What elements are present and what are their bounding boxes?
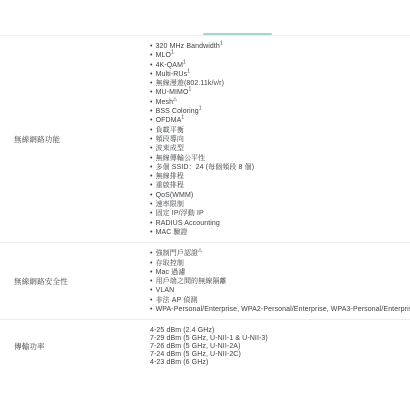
spec-item: 4-25 dBm (2.4 GHz) xyxy=(150,327,410,335)
bullet-dot-icon: • xyxy=(150,296,153,305)
spec-row-label: 無線網路功能 xyxy=(0,42,150,237)
bullet-dot-icon: • xyxy=(150,200,153,209)
spec-item-text: VLAN xyxy=(156,287,175,294)
spec-item: •固定 IP/浮動 IP xyxy=(150,209,410,218)
spec-row: 無線網路安全性•強制門戶認證△•存取控制•Mac 過濾•用戶端之間的無線隔離•V… xyxy=(0,242,410,319)
spec-item: 7-29 dBm (5 GHz, U-NII-1 & U-NII-3) xyxy=(150,335,410,343)
spec-item-text: 存取控制 xyxy=(156,260,184,267)
bullet-dot-icon: • xyxy=(150,135,153,144)
spec-item: •Multi-RUs1 xyxy=(150,70,410,79)
footnote-marker: 1 xyxy=(171,50,174,56)
bullet-dot-icon: • xyxy=(150,116,153,125)
spec-item: •強制門戶認證△ xyxy=(150,249,410,258)
bullet-dot-icon: • xyxy=(150,268,153,277)
footnote-marker: 1 xyxy=(183,59,186,65)
bullet-dot-icon: • xyxy=(150,126,153,135)
bullet-dot-icon: • xyxy=(150,61,153,70)
spec-item-text: 多個 SSID：24 (每個頻段 8 個) xyxy=(156,164,255,171)
bullet-dot-icon: • xyxy=(150,154,153,163)
spec-item: •320 MHz Bandwidth1 xyxy=(150,42,410,51)
bullet-dot-icon: • xyxy=(150,277,153,286)
spec-item: •用戶端之間的無線隔離 xyxy=(150,277,410,286)
bullet-dot-icon: • xyxy=(150,305,153,314)
bullet-dot-icon: • xyxy=(150,88,153,97)
bullet-dot-icon: • xyxy=(150,172,153,181)
bullet-dot-icon: • xyxy=(150,107,153,116)
spec-item-text: Mac 過濾 xyxy=(156,269,186,276)
bullet-dot-icon: • xyxy=(150,219,153,228)
spec-row-label: 傳輸功率 xyxy=(0,327,150,366)
bullet-dot-icon: • xyxy=(150,98,153,107)
spec-item: •波束成型 xyxy=(150,144,410,153)
spec-item-text: 重啟排程 xyxy=(156,182,184,189)
footnote-marker: 1 xyxy=(220,41,223,47)
spec-page: 無線網路功能•320 MHz Bandwidth1•MLO1•4K-QAM1•M… xyxy=(0,0,410,410)
spec-item-text: 320 MHz Bandwidth xyxy=(156,43,220,50)
spec-row-label: 無線網路安全性 xyxy=(0,249,150,314)
spec-item: •MAC 驗證 xyxy=(150,228,410,237)
spec-item-text: 頻段導向 xyxy=(156,136,184,143)
footnote-marker: △ xyxy=(198,248,202,254)
spec-item-text: 速率限制 xyxy=(156,201,184,208)
spec-row-values: 4-25 dBm (2.4 GHz)7-29 dBm (5 GHz, U-NII… xyxy=(150,327,410,366)
spec-item: •非法 AP 偵測 xyxy=(150,296,410,305)
spec-item: •QoS(WMM) xyxy=(150,191,410,200)
spec-item-text: 用戶端之間的無線隔離 xyxy=(156,278,227,285)
spec-item-text: Multi-RUs xyxy=(156,71,188,78)
spec-item: •WPA-Personal/Enterprise, WPA2-Personal/… xyxy=(150,305,410,314)
spec-item-text: OFDMA xyxy=(156,117,182,124)
spec-item: •MU-MIMO1 xyxy=(150,88,410,97)
spec-item-text: 強制門戶認證 xyxy=(156,250,199,257)
spec-item-text: 4K-QAM xyxy=(156,62,183,69)
spec-item: •無線排程 xyxy=(150,172,410,181)
spec-item-text: BSS Coloring xyxy=(156,108,199,115)
spec-item-text: RADIUS Accounting xyxy=(156,220,220,227)
bullet-dot-icon: • xyxy=(150,209,153,218)
spec-item: •重啟排程 xyxy=(150,181,410,190)
spec-item-text: 負載平衡 xyxy=(156,127,184,134)
spec-item: 7-26 dBm (5 GHz, U-NII-2A) xyxy=(150,343,410,351)
footnote-marker: 1 xyxy=(187,69,190,75)
spec-item-text: Mesh xyxy=(156,99,174,106)
bullet-dot-icon: • xyxy=(150,51,153,60)
bullet-dot-icon: • xyxy=(150,163,153,172)
spec-item: •負載平衡 xyxy=(150,126,410,135)
bullet-dot-icon: • xyxy=(150,79,153,88)
spec-item: •存取控制 xyxy=(150,259,410,268)
spec-item-text: 無線漫遊(802.11k/v/r) xyxy=(156,80,224,87)
bullet-dot-icon: • xyxy=(150,42,153,51)
spec-item-text: 非法 AP 偵測 xyxy=(156,297,198,304)
spec-item: •MLO1 xyxy=(150,51,410,60)
spec-item-text: 4-23 dBm (6 GHz) xyxy=(150,359,208,366)
spec-row: 無線網路功能•320 MHz Bandwidth1•MLO1•4K-QAM1•M… xyxy=(0,35,410,242)
spec-item-text: WPA-Personal/Enterprise, WPA2-Personal/E… xyxy=(156,306,410,313)
spec-item: •VLAN xyxy=(150,286,410,295)
footnote-marker: 1 xyxy=(189,87,192,93)
bullet-dot-icon: • xyxy=(150,70,153,79)
spec-item: •RADIUS Accounting xyxy=(150,219,410,228)
spec-item-text: 固定 IP/浮動 IP xyxy=(156,210,204,217)
spec-item-text: 7-26 dBm (5 GHz, U-NII-2A) xyxy=(150,343,241,350)
spec-item: 7-24 dBm (5 GHz, U-NII-2C) xyxy=(150,351,410,359)
spec-item-text: 4-25 dBm (2.4 GHz) xyxy=(150,327,214,334)
footnote-marker: 1 xyxy=(181,115,184,121)
spec-item-text: 7-29 dBm (5 GHz, U-NII-1 & U-NII-3) xyxy=(150,335,268,342)
spec-item: •多個 SSID：24 (每個頻段 8 個) xyxy=(150,163,410,172)
bullet-dot-icon: • xyxy=(150,191,153,200)
spec-item-text: MLO xyxy=(156,52,171,59)
spec-item-text: 無線排程 xyxy=(156,173,184,180)
spec-item: •Mesh△ xyxy=(150,98,410,107)
bullet-dot-icon: • xyxy=(150,259,153,268)
spec-item: •OFDMA1 xyxy=(150,116,410,125)
spec-item: •無線傳輸公平性 xyxy=(150,154,410,163)
bullet-dot-icon: • xyxy=(150,228,153,237)
bullet-dot-icon: • xyxy=(150,286,153,295)
footnote-marker: △ xyxy=(173,96,177,102)
spec-item-text: 7-24 dBm (5 GHz, U-NII-2C) xyxy=(150,351,241,358)
bullet-dot-icon: • xyxy=(150,249,153,258)
spec-item: •Mac 過濾 xyxy=(150,268,410,277)
footnote-marker: 1 xyxy=(199,106,202,112)
spec-item: •速率限制 xyxy=(150,200,410,209)
spec-item: •頻段導向 xyxy=(150,135,410,144)
spec-table: 無線網路功能•320 MHz Bandwidth1•MLO1•4K-QAM1•M… xyxy=(0,35,410,371)
spec-row-values: •320 MHz Bandwidth1•MLO1•4K-QAM1•Multi-R… xyxy=(150,42,410,237)
spec-item-text: 無線傳輸公平性 xyxy=(156,155,206,162)
bullet-dot-icon: • xyxy=(150,181,153,190)
spec-item: •BSS Coloring1 xyxy=(150,107,410,116)
spec-item-text: 波束成型 xyxy=(156,145,184,152)
spec-row-values: •強制門戶認證△•存取控制•Mac 過濾•用戶端之間的無線隔離•VLAN•非法 … xyxy=(150,249,410,314)
spec-item-text: MAC 驗證 xyxy=(156,229,188,236)
spec-item: 4-23 dBm (6 GHz) xyxy=(150,359,410,367)
bullet-dot-icon: • xyxy=(150,144,153,153)
spec-item-text: MU-MIMO xyxy=(156,89,189,96)
spec-item-text: QoS(WMM) xyxy=(156,192,194,199)
spec-row: 傳輸功率4-25 dBm (2.4 GHz)7-29 dBm (5 GHz, U… xyxy=(0,319,410,371)
